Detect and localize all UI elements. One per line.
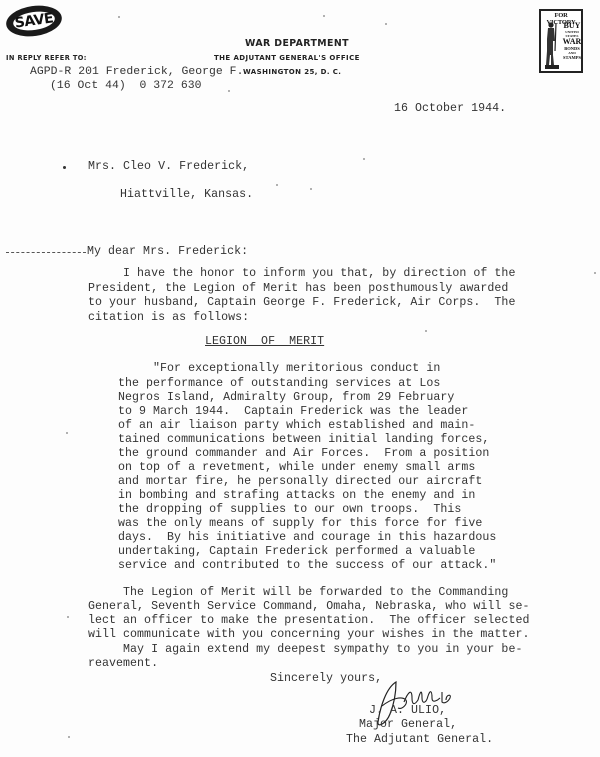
citation-line: undertaking, Captain Frederick performed… <box>118 546 475 559</box>
signer-rank: Major General, <box>359 719 457 732</box>
citation-line: the ground commander and Air Forces. Fro… <box>118 448 489 461</box>
scan-speck <box>118 16 120 18</box>
citation-line: was the only means of supply for this fo… <box>118 518 482 531</box>
save-logo-text: SAVE <box>14 10 54 31</box>
citation-line: "For exceptionally meritorious conduct i… <box>118 363 440 376</box>
intro-line: citation is as follows: <box>88 312 249 325</box>
intro-line: President, the Legion of Merit has been … <box>88 283 508 296</box>
citation-line: in bombing and strafing attacks on the e… <box>118 490 475 503</box>
letter-date: 16 October 1944. <box>394 103 506 116</box>
salutation: My dear Mrs. Frederick: <box>87 246 248 259</box>
signer-title: The Adjutant General. <box>346 734 493 747</box>
forward-line: will communicate with you concerning you… <box>88 629 529 642</box>
scan-speck <box>66 432 68 434</box>
citation-line: the dropping of supplies to our own troo… <box>118 504 461 517</box>
forward-line: The Legion of Merit will be forwarded to… <box>88 587 508 600</box>
stamp-war: WAR <box>562 38 582 46</box>
scan-speck <box>276 184 278 186</box>
scan-speck <box>363 158 365 160</box>
closing-line: May I again extend my deepest sympathy t… <box>88 644 522 657</box>
citation-line: tained communications between initial la… <box>118 434 489 447</box>
citation-line: of an air liaison party which establishe… <box>118 420 475 433</box>
salutation-strike <box>6 252 86 254</box>
war-bonds-stamp: FOR VICTORY BUY UNITED STATES WAR BONDS … <box>539 9 583 73</box>
recipient-name: Mrs. Cleo V. Frederick, <box>88 161 249 174</box>
closing-phrase: Sincerely yours, <box>270 673 382 686</box>
citation-title: LEGION OF MERIT <box>205 336 324 349</box>
citation-line: to 9 March 1944. Captain Frederick was t… <box>118 406 468 419</box>
bullet-mark <box>63 166 66 169</box>
citation-line: days. By his initiative and courage in t… <box>118 532 496 545</box>
stamp-stamps: STAMPS <box>562 55 582 60</box>
office-heading: THE ADJUTANT GENERAL'S OFFICE <box>214 54 360 62</box>
scan-speck <box>68 736 70 738</box>
reference-line-2: (16 Oct 44) 0 372 630 <box>50 80 201 93</box>
soldier-icon <box>544 21 560 69</box>
scan-speck <box>425 330 427 332</box>
scan-speck <box>67 616 69 618</box>
scan-speck <box>323 15 325 17</box>
signer-name: J. A. ULIO, <box>369 705 446 718</box>
department-heading: WAR DEPARTMENT <box>245 38 349 49</box>
letter-page: SAVE IN REPLY REFER TO: WAR DEPARTMENT T… <box>0 0 600 757</box>
forward-line: General, Seventh Service Command, Omaha,… <box>88 601 529 614</box>
citation-line: Negros Island, Admiralty Group, from 29 … <box>118 392 454 405</box>
citation-line: on top of a revetment, while under enemy… <box>118 462 475 475</box>
scan-speck <box>310 188 312 190</box>
scan-speck <box>594 272 596 274</box>
location-heading: WASHINGTON 25, D. C. <box>243 68 341 76</box>
scan-speck <box>385 23 387 25</box>
intro-line: to your husband, Captain George F. Frede… <box>88 297 515 310</box>
recipient-address: Hiattville, Kansas. <box>120 189 253 202</box>
citation-line: the performance of outstanding services … <box>118 378 440 391</box>
save-logo: SAVE <box>4 2 64 40</box>
citation-line: and mortar fire, he personally directed … <box>118 476 482 489</box>
closing-line: reavement. <box>88 658 158 671</box>
intro-line: I have the honor to inform you that, by … <box>88 268 515 281</box>
reply-refer-label: IN REPLY REFER TO: <box>6 54 87 62</box>
forward-line: lect an officer to make the presentation… <box>88 615 529 628</box>
citation-line: service and contributed to the success o… <box>118 560 496 573</box>
scan-speck <box>228 90 230 92</box>
reference-line-1: AGPD-R 201 Frederick, George F. <box>30 66 243 79</box>
stamp-buy: BUY <box>562 22 582 30</box>
